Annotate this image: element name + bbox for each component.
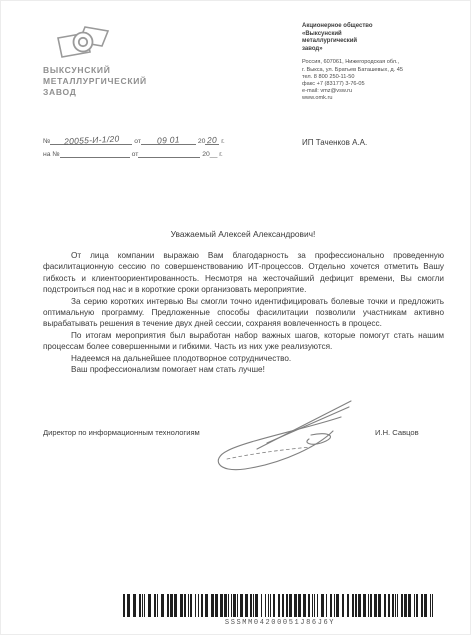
wordmark-line: ВЫКСУНСКИЙ: [43, 65, 147, 76]
signer-title: Директор по информационным технологиям: [43, 428, 200, 437]
paragraph: За серию коротких интервью Вы смогли точ…: [43, 296, 444, 330]
barcode: SSSMM04200051J86J6Y: [123, 594, 437, 632]
salutation: Уважаемый Алексей Александрович!: [43, 229, 443, 239]
reference-block: №20055-И-1/20 от09 01 2020 г. на № от 20…: [43, 135, 225, 161]
outgoing-ref-line: №20055-И-1/20 от09 01 2020 г.: [43, 135, 225, 148]
signature-scribble: [193, 397, 358, 481]
year-suffix: г.: [221, 138, 225, 145]
barcode-bars: [123, 594, 437, 617]
signer-name: И.Н. Савцов: [375, 428, 419, 437]
paragraph: По итогам мероприятия был выработан набо…: [43, 330, 444, 353]
year-blank: 20__ г.: [202, 151, 223, 158]
year-printed: 20: [198, 138, 206, 145]
paragraph: От лица компании выражаю Вам благодарнос…: [43, 250, 444, 296]
ref-number-handwritten: 20055-И-1/20: [63, 134, 119, 147]
company-info-block: Акционерное общество «Выксунский металлу…: [302, 23, 467, 103]
barcode-text: SSSMM04200051J86J6Y: [123, 619, 437, 627]
ot-label2: от: [132, 151, 139, 158]
company-legal-name: Акционерное общество «Выксунский металлу…: [302, 23, 467, 53]
year-handwritten: 20: [207, 135, 218, 146]
na-no-label: на №: [43, 151, 60, 158]
wordmark-line: МЕТАЛЛУРГИЧЕСКИЙ: [43, 76, 147, 87]
letter-body: От лица компании выражаю Вам благодарнос…: [43, 250, 444, 375]
paragraph: Надеемся на дальнейшее плодотворное сотр…: [43, 353, 444, 364]
address-line: тел. 8 800 250-11-50: [302, 74, 467, 81]
address-line: г. Выкса, ул. Братьев Баташевых, д. 45: [302, 67, 467, 74]
company-wordmark: ВЫКСУНСКИЙ МЕТАЛЛУРГИЧЕСКИЙ ЗАВОД: [43, 65, 147, 98]
ot-label: от: [134, 138, 141, 145]
address-line: Россия, 607061, Нижегородская обл.,: [302, 59, 467, 66]
date-handwritten: 09 01: [157, 134, 180, 145]
recipient: ИП Таченков А.А.: [302, 138, 367, 147]
address-line: e-mail: vmz@vsw.ru: [302, 88, 467, 95]
incoming-ref-line: на № от 20__ г.: [43, 148, 225, 161]
paragraph: Ваш профессионализм помогает нам стать л…: [43, 364, 444, 375]
no-label: №: [43, 138, 50, 145]
letter-page: ВЫКСУНСКИЙ МЕТАЛЛУРГИЧЕСКИЙ ЗАВОД Акцион…: [0, 0, 471, 635]
company-logo-icon: [55, 25, 111, 63]
company-address: Россия, 607061, Нижегородская обл., г. В…: [302, 59, 467, 102]
address-line: www.omk.ru: [302, 95, 467, 102]
wordmark-line: ЗАВОД: [43, 87, 147, 98]
address-line: факс +7 (83177) 3-76-05: [302, 81, 467, 88]
